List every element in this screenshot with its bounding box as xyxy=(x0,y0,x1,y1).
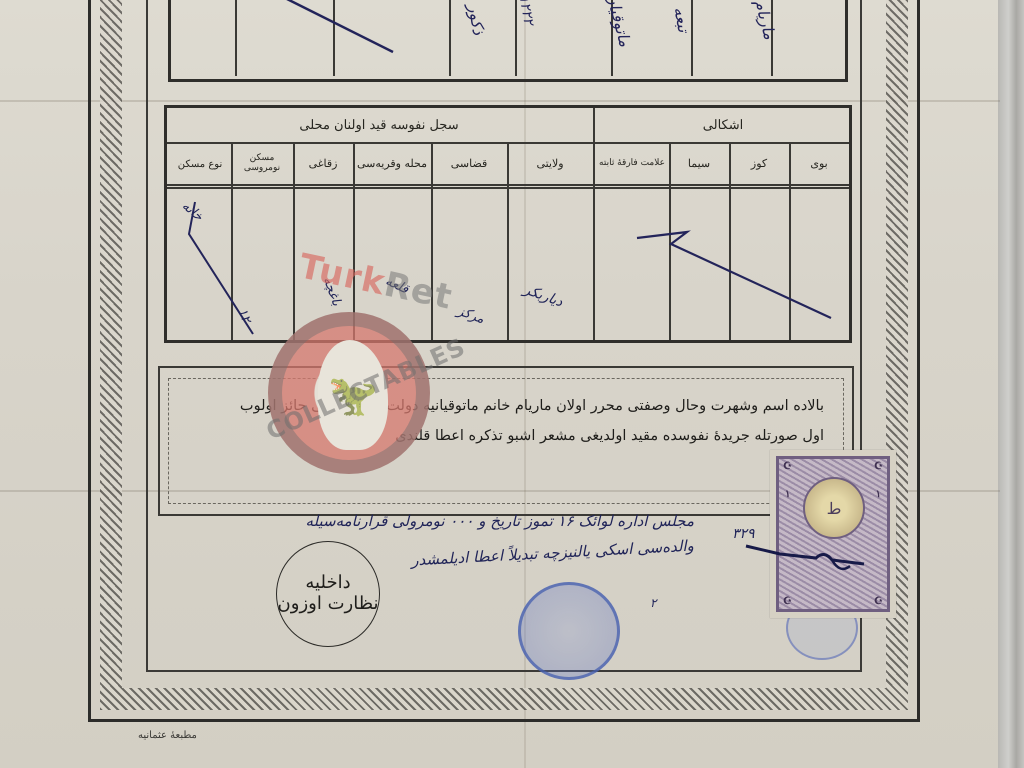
statement-line-2: اول صورتله جریدهٔ نفوسده مقید اولدیغی مش… xyxy=(395,428,824,444)
column-divider xyxy=(515,0,517,76)
stamp-denomination: ۱ xyxy=(785,489,790,500)
col-distinguishing-marks: علامت فارقهٔ ثابته xyxy=(595,144,669,184)
stamp-denomination: ۱ xyxy=(876,489,881,500)
star-crescent-icon: ☪ xyxy=(874,596,883,607)
column-divider xyxy=(293,142,295,340)
signature xyxy=(740,530,870,580)
strike-line xyxy=(607,218,847,328)
column-divider xyxy=(507,142,509,340)
column-divider xyxy=(449,0,451,76)
col-house-type: نوع مسکن xyxy=(169,144,231,184)
handwritten-small-mark: ۲ xyxy=(650,596,656,610)
col-height: بوی xyxy=(789,144,849,184)
handwritten-entry: تبعه xyxy=(670,5,693,33)
header-registered-place: سجل نفوسه قید اولنان محلی xyxy=(167,108,591,144)
blue-ink-seal xyxy=(518,582,620,680)
handwritten-entry: ۱۲۲۲ xyxy=(516,0,537,26)
printer-mark: مطبعهٔ عثمانیه xyxy=(138,730,197,741)
statement-box: بالاده اسم وشهرت وحال وصفتی محرر اولان م… xyxy=(158,366,854,516)
strike-line xyxy=(167,194,267,344)
value-province: دیاربکر xyxy=(521,282,565,311)
col-eyes: کوز xyxy=(729,144,789,184)
col-house-number: مسکن نومروسی xyxy=(231,144,293,184)
strike-line xyxy=(271,0,401,66)
column-divider xyxy=(691,0,693,76)
column-divider xyxy=(353,142,355,340)
handwritten-entry: ماتوقیان xyxy=(602,0,635,49)
star-crescent-icon: ☪ xyxy=(874,461,883,472)
seal-text-line-2: نظارت اوزون xyxy=(278,594,379,615)
star-crescent-icon: ☪ xyxy=(783,461,792,472)
star-crescent-icon: ☪ xyxy=(783,596,792,607)
ministry-seal: داخلیه نظارت اوزون xyxy=(276,541,380,647)
handwritten-entry: ماریام xyxy=(751,0,780,41)
handwritten-entry: ذکور xyxy=(464,3,488,37)
top-table: ذکور ۱۲۲۲ ماتوقیان تبعه ماریام xyxy=(168,0,848,82)
col-province: ولایتی xyxy=(507,144,593,184)
seal-text-line-1: داخلیه xyxy=(278,573,379,594)
column-divider xyxy=(235,0,237,76)
handwritten-note-1: مجلس اداره لوائک ۱۶ تموز تاریخ و ۰۰۰ نوم… xyxy=(305,512,694,530)
table-surface xyxy=(998,0,1024,768)
col-face: سیما xyxy=(669,144,729,184)
col-district: قضاسی xyxy=(431,144,507,184)
header-appearance: اشکالی xyxy=(595,108,851,144)
col-street: زقاغی xyxy=(293,144,353,184)
registration-table: سجل نفوسه قید اولنان محلی اشکالی بوی کوز… xyxy=(164,105,852,343)
value-district: مرکز xyxy=(455,304,486,328)
col-quarter-village: محله وقریه‌سی xyxy=(353,144,431,184)
